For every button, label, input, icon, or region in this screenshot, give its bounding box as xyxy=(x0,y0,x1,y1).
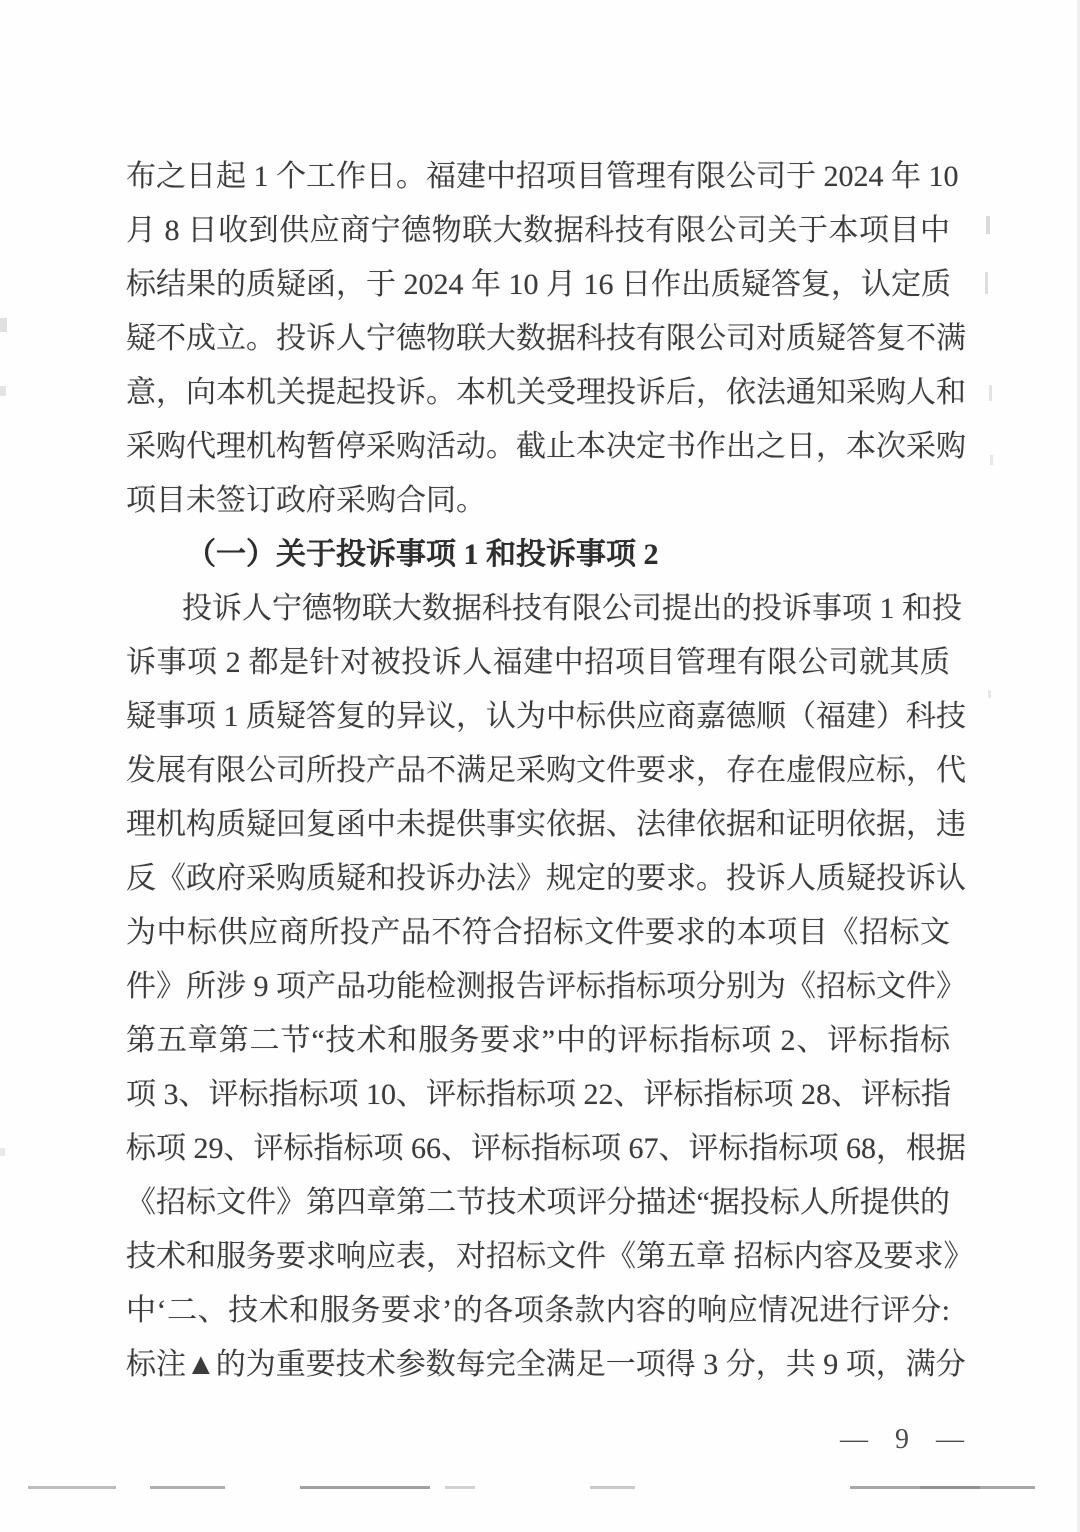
scan-artifact xyxy=(988,690,991,698)
scan-artifact xyxy=(445,1486,475,1489)
scan-artifact xyxy=(920,1486,980,1489)
body-text-line: 布之日起 1 个工作日。福建中招项目管理有限公司于 2024 年 10 xyxy=(126,150,950,204)
body-text-line: 疑事项 1 质疑答复的异议，认为中标供应商嘉德顺（福建）科技 xyxy=(126,690,950,744)
scan-artifact xyxy=(985,272,988,294)
scan-artifact xyxy=(0,1148,5,1156)
scan-artifact xyxy=(300,1486,430,1489)
scan-artifact xyxy=(986,216,990,234)
body-text-line: 件》所涉 9 项产品功能检测报告评标指标项分别为《招标文件》 xyxy=(126,960,950,1014)
scan-artifact xyxy=(0,318,7,332)
body-text-line: 投诉人宁德物联大数据科技有限公司提出的投诉事项 1 和投 xyxy=(126,582,950,636)
document-body: 布之日起 1 个工作日。福建中招项目管理有限公司于 2024 年 10 月 8 … xyxy=(126,150,950,1392)
body-text-line: 标注▲的为重要技术参数每完全满足一项得 3 分，共 9 项，满分 xyxy=(126,1338,950,1392)
scan-artifact xyxy=(990,455,993,465)
body-text-line: 《招标文件》第四章第二节技术项评分描述“据投标人所提供的 xyxy=(126,1176,950,1230)
body-text-line: 采购代理机构暂停采购活动。截止本决定书作出之日，本次采购 xyxy=(126,420,950,474)
body-text-line: 理机构质疑回复函中未提供事实依据、法律依据和证明依据，违 xyxy=(126,798,950,852)
document-page: 布之日起 1 个工作日。福建中招项目管理有限公司于 2024 年 10 月 8 … xyxy=(0,0,1080,1532)
body-text-line: 项目未签订政府采购合同。 xyxy=(126,474,950,528)
page-number: — 9 — xyxy=(840,1424,974,1456)
body-text-line: 技术和服务要求响应表，对招标文件《第五章 招标内容及要求》 xyxy=(126,1230,950,1284)
body-text-line: 标结果的质疑函，于 2024 年 10 月 16 日作出质疑答复，认定质 xyxy=(126,258,950,312)
scan-artifact xyxy=(0,386,6,396)
scan-artifact xyxy=(28,1486,116,1489)
body-text-line: 疑不成立。投诉人宁德物联大数据科技有限公司对质疑答复不满 xyxy=(126,312,950,366)
scan-artifact xyxy=(590,1486,635,1489)
body-text-line: 项 3、评标指标项 10、评标指标项 22、评标指标项 28、评标指 xyxy=(126,1068,950,1122)
scan-artifact xyxy=(989,385,992,401)
body-text-line: 意，向本机关提起投诉。本机关受理投诉后，依法通知采购人和 xyxy=(126,366,950,420)
scan-artifact xyxy=(150,1486,225,1489)
body-text-line: 为中标供应商所投产品不符合招标文件要求的本项目《招标文 xyxy=(126,906,950,960)
body-text-line: 反《政府采购质疑和投诉办法》规定的要求。投诉人质疑投诉认 xyxy=(126,852,950,906)
body-text-line: 诉事项 2 都是针对被投诉人福建中招项目管理有限公司就其质 xyxy=(126,636,950,690)
body-text-line: 发展有限公司所投产品不满足采购文件要求，存在虚假应标，代 xyxy=(126,744,950,798)
body-text-line: 标项 29、评标指标项 66、评标指标项 67、评标指标项 68，根据 xyxy=(126,1122,950,1176)
body-text-line: 第五章第二节“技术和服务要求”中的评标指标项 2、评标指标 xyxy=(126,1014,950,1068)
section-heading: （一）关于投诉事项 1 和投诉事项 2 xyxy=(126,528,950,582)
body-text-line: 中‘二、技术和服务要求’的各项条款内容的响应情况进行评分: xyxy=(126,1284,950,1338)
body-text-line: 月 8 日收到供应商宁德物联大数据科技有限公司关于本项目中 xyxy=(126,204,950,258)
